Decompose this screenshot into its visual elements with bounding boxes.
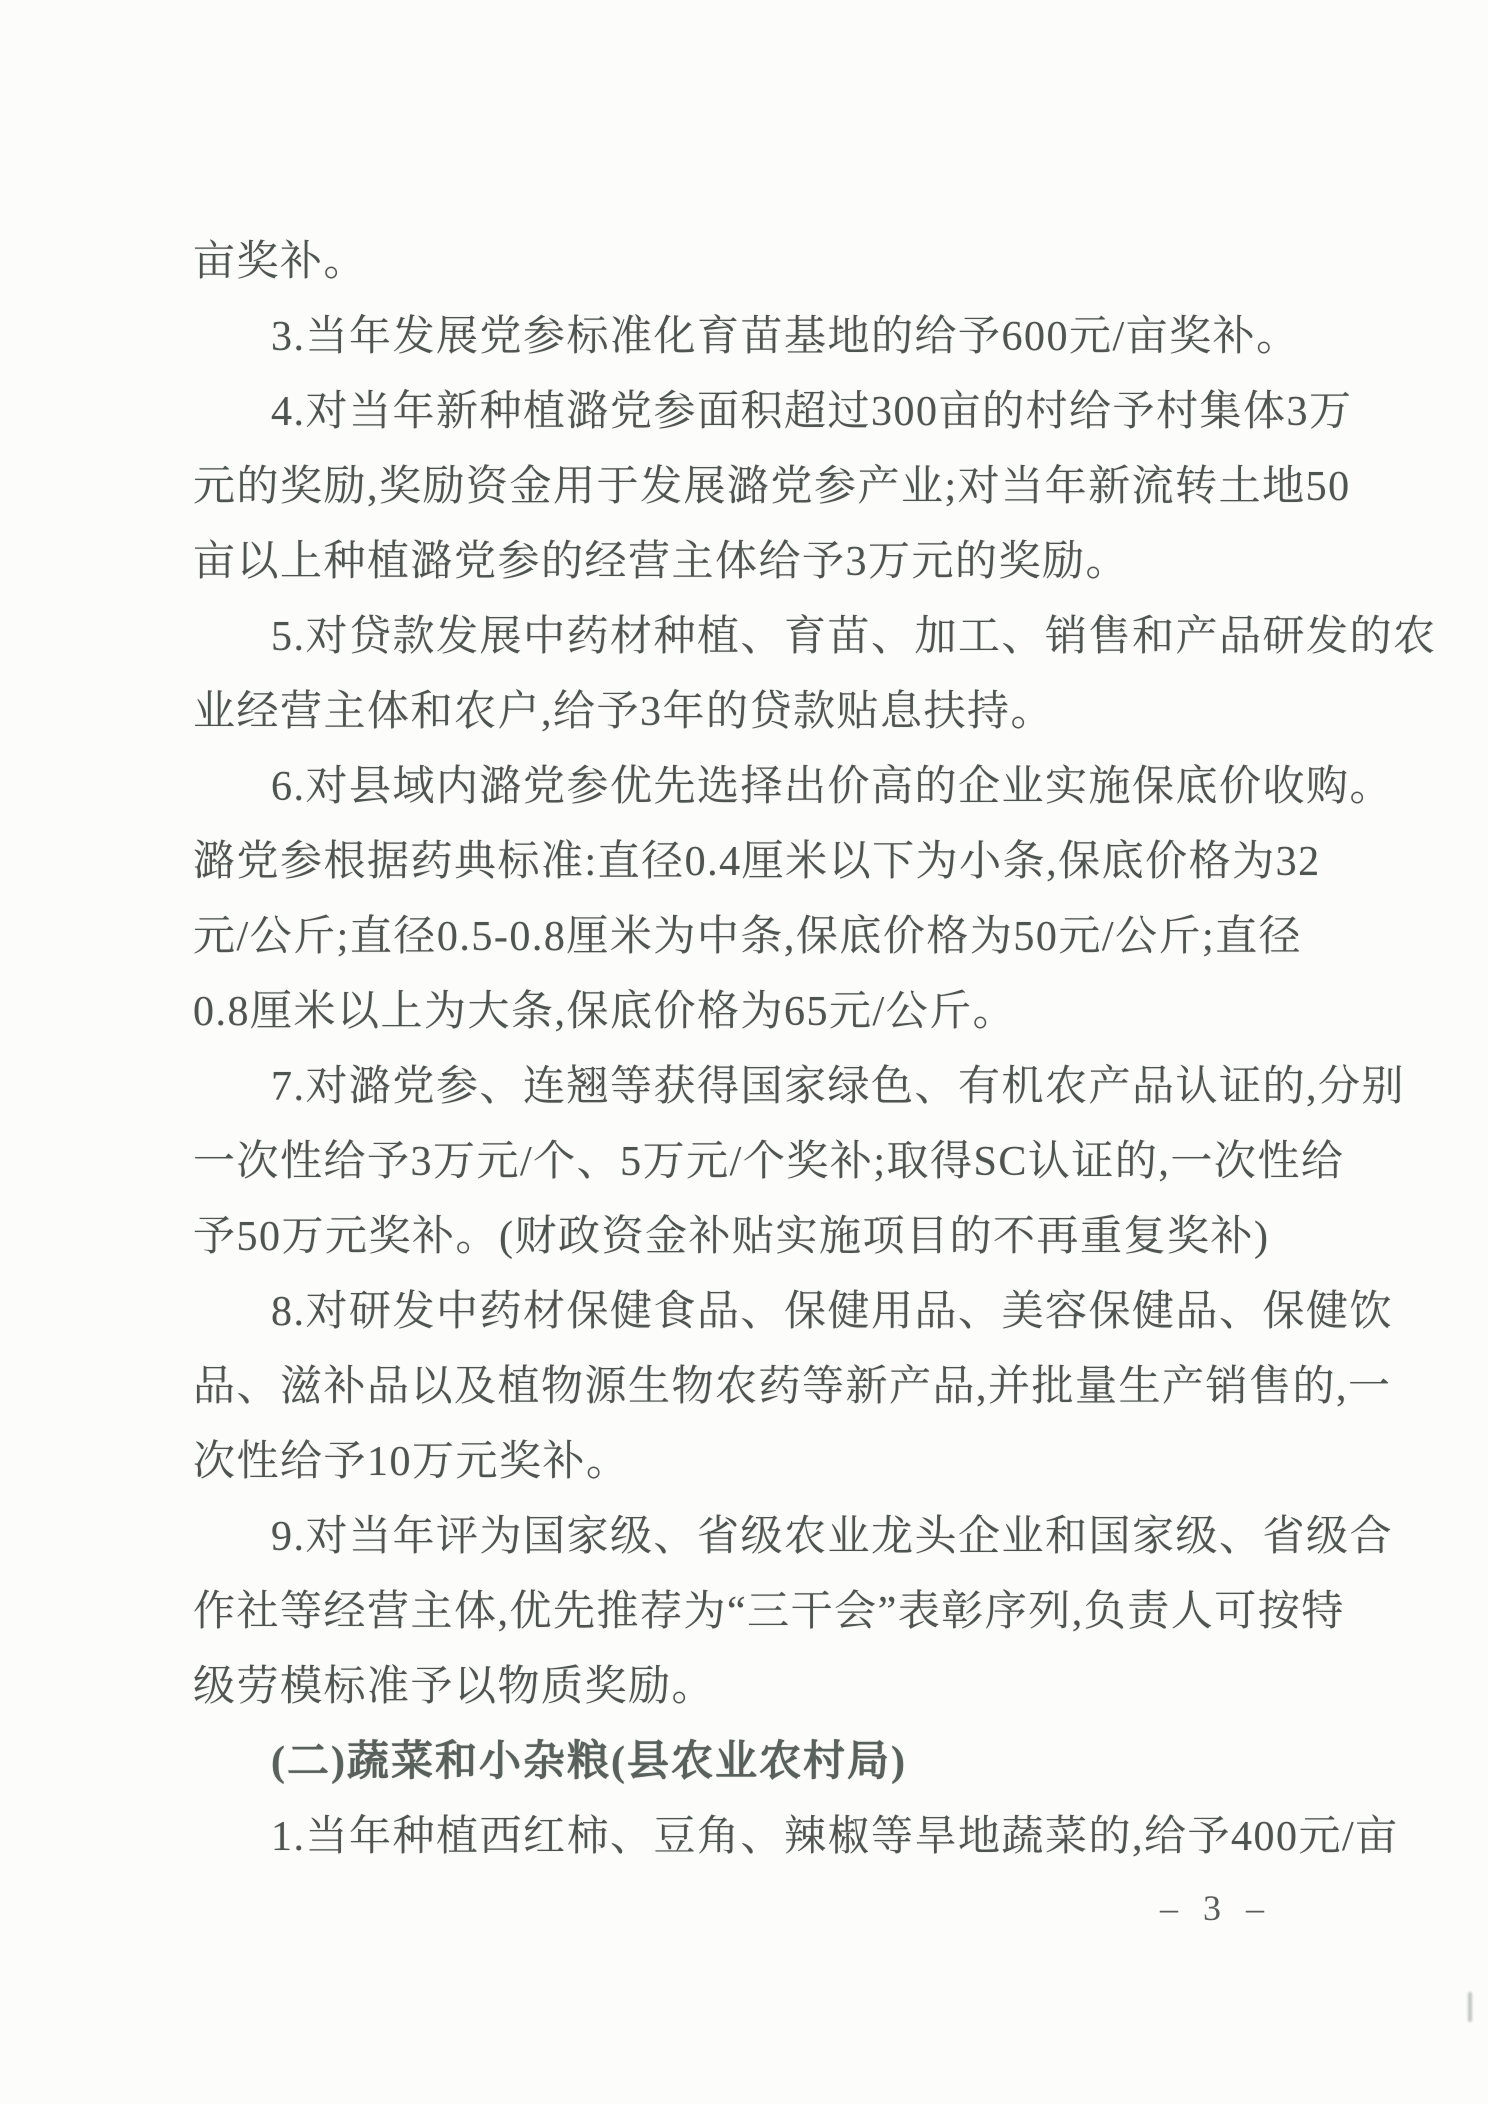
paragraph-line: 亩以上种植潞党参的经营主体给予3万元的奖励。	[193, 525, 1335, 600]
paragraph-line: 亩奖补。	[193, 225, 1335, 300]
page-number: – 3 –	[1160, 1888, 1272, 1928]
paragraph-line: 业经营主体和农户,给予3年的贷款贴息扶持。	[193, 675, 1335, 750]
paragraph-line-item-6: 6.对县域内潞党参优先选择出价高的企业实施保底价收购。	[193, 750, 1335, 825]
paragraph-line: 次性给予10万元奖补。	[193, 1425, 1335, 1500]
paragraph-line: 作社等经营主体,优先推荐为“三干会”表彰序列,负责人可按特	[193, 1575, 1335, 1650]
paragraph-line-item-5: 5.对贷款发展中药材种植、育苗、加工、销售和产品研发的农	[193, 600, 1335, 675]
paragraph-line-item-8: 8.对研发中药材保健食品、保健用品、美容保健品、保健饮	[193, 1275, 1335, 1350]
paragraph-line: 一次性给予3万元/个、5万元/个奖补;取得SC认证的,一次性给	[193, 1125, 1335, 1200]
paragraph-line-item-1: 1.当年种植西红柿、豆角、辣椒等旱地蔬菜的,给予400元/亩	[193, 1800, 1335, 1875]
scanned-document-page: 亩奖补。 3.当年发展党参标准化育苗基地的给予600元/亩奖补。 4.对当年新种…	[0, 0, 1488, 2104]
paragraph-line-item-7: 7.对潞党参、连翘等获得国家绿色、有机农产品认证的,分别	[193, 1050, 1335, 1125]
paragraph-line: 元/公斤;直径0.5-0.8厘米为中条,保底价格为50元/公斤;直径	[193, 900, 1335, 975]
paragraph-line: 元的奖励,奖励资金用于发展潞党参产业;对当年新流转土地50	[193, 450, 1335, 525]
paragraph-line-item-9: 9.对当年评为国家级、省级农业龙头企业和国家级、省级合	[193, 1500, 1335, 1575]
paragraph-line: 潞党参根据药典标准:直径0.4厘米以下为小条,保底价格为32	[193, 825, 1335, 900]
scan-artifact-mark	[1468, 1992, 1472, 2022]
section-heading: (二)蔬菜和小杂粮(县农业农村局)	[193, 1725, 1335, 1800]
paragraph-line: 级劳模标准予以物质奖励。	[193, 1650, 1335, 1725]
paragraph-line: 予50万元奖补。(财政资金补贴实施项目的不再重复奖补)	[193, 1200, 1335, 1275]
document-body: 亩奖补。 3.当年发展党参标准化育苗基地的给予600元/亩奖补。 4.对当年新种…	[193, 225, 1335, 1875]
paragraph-line-item-3: 3.当年发展党参标准化育苗基地的给予600元/亩奖补。	[193, 300, 1335, 375]
paragraph-line: 品、滋补品以及植物源生物农药等新产品,并批量生产销售的,一	[193, 1350, 1335, 1425]
paragraph-line: 0.8厘米以上为大条,保底价格为65元/公斤。	[193, 975, 1335, 1050]
paragraph-line-item-4: 4.对当年新种植潞党参面积超过300亩的村给予村集体3万	[193, 375, 1335, 450]
